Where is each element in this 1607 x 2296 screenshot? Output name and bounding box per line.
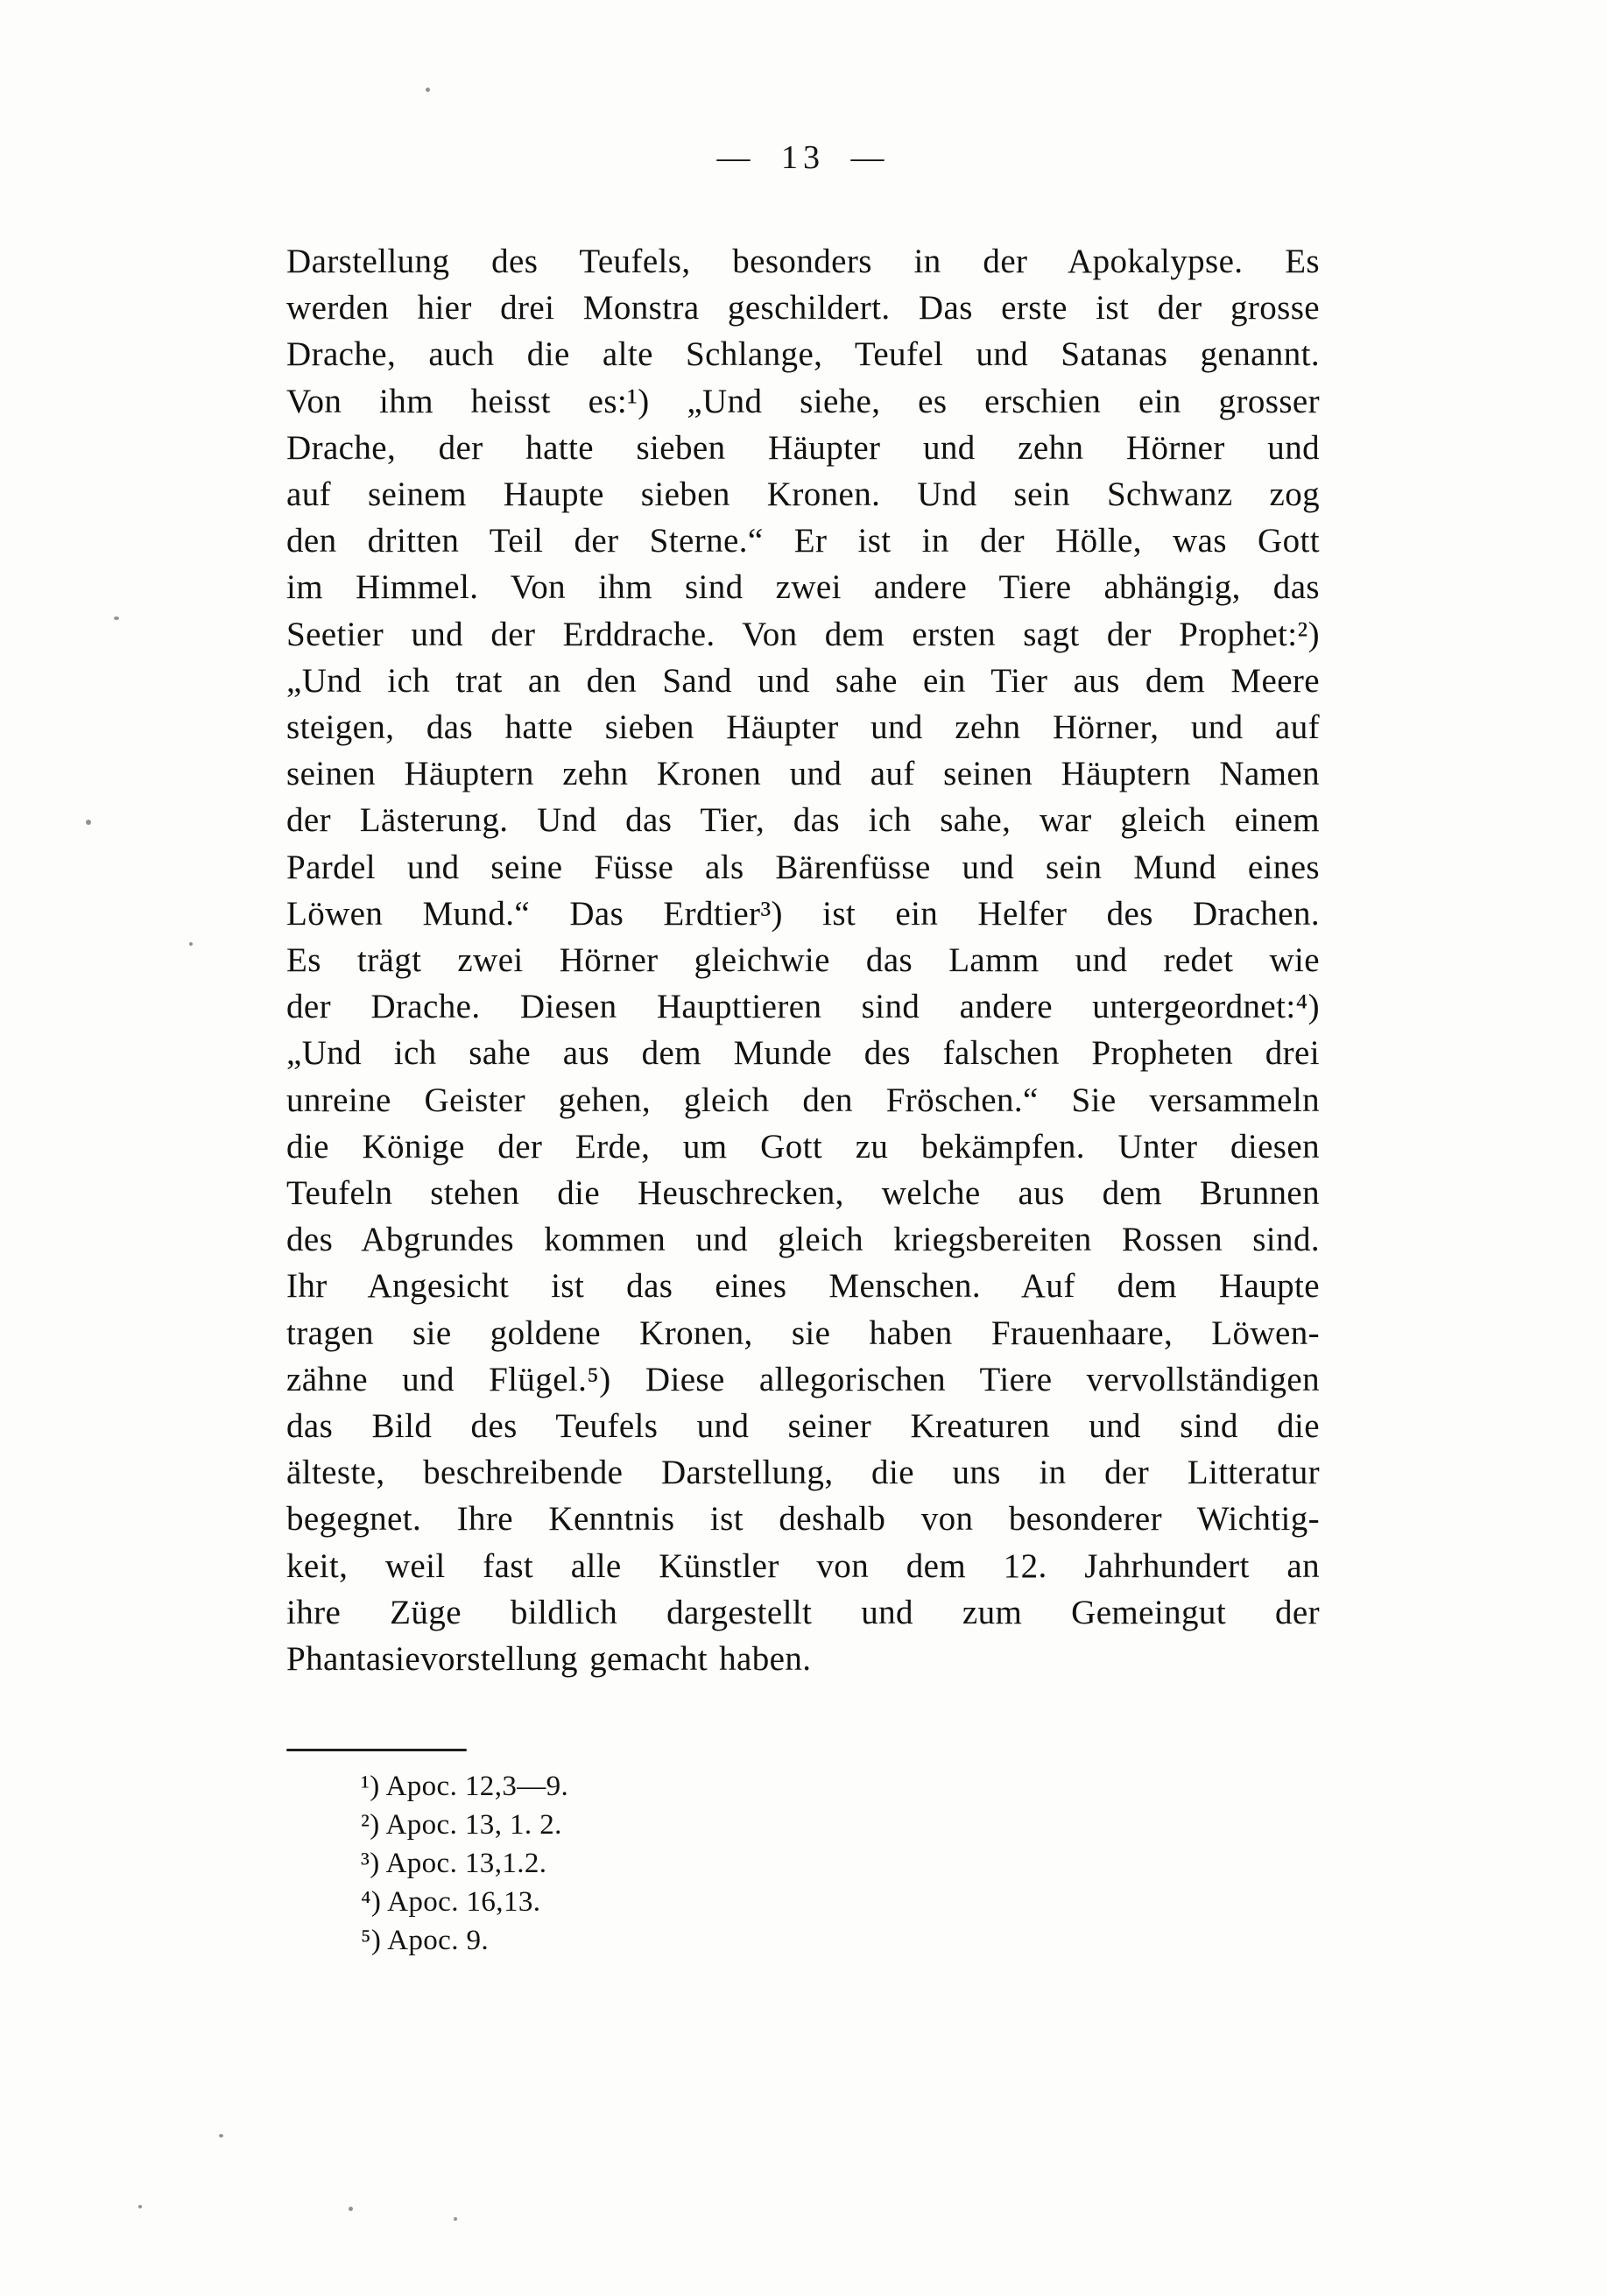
body-line: Drache, der hatte sieben Häupter und zeh… bbox=[286, 425, 1320, 471]
scan-speck bbox=[349, 2207, 353, 2211]
body-line: auf seinem Haupte sieben Kronen. Und sei… bbox=[286, 471, 1320, 518]
scan-speck bbox=[189, 942, 193, 946]
body-line: der Drache. Diesen Haupttieren sind ande… bbox=[286, 983, 1320, 1030]
body-line: Es trägt zwei Hörner gleichwie das Lamm … bbox=[286, 937, 1320, 983]
scan-speck bbox=[426, 88, 430, 92]
scan-speck bbox=[114, 616, 119, 620]
body-line: der Lästerung. Und das Tier, das ich sah… bbox=[286, 797, 1320, 843]
body-line: Pardel und seine Füsse als Bärenfüsse un… bbox=[286, 844, 1320, 891]
body-text: Darstellung des Teufels, besonders in de… bbox=[286, 238, 1320, 1682]
body-line: den dritten Teil der Sterne.“ Er ist in … bbox=[286, 518, 1320, 564]
body-line: tragen sie goldene Kronen, sie haben Fra… bbox=[286, 1310, 1320, 1356]
footnote: ³) Apoc. 13,1.2. bbox=[361, 1844, 1149, 1883]
footnote-separator-rule bbox=[286, 1749, 467, 1751]
body-line: werden hier drei Monstra geschildert. Da… bbox=[286, 285, 1320, 331]
scan-speck bbox=[219, 2134, 223, 2138]
body-line: begegnet. Ihre Kenntnis ist deshalb von … bbox=[286, 1496, 1320, 1542]
body-line: die Könige der Erde, um Gott zu bekämpfe… bbox=[286, 1123, 1320, 1170]
footnote: ⁵) Apoc. 9. bbox=[361, 1921, 1149, 1960]
body-line: Von ihm heisst es:¹) „Und siehe, es ersc… bbox=[286, 378, 1320, 425]
body-line: Löwen Mund.“ Das Erdtier³) ist ein Helfe… bbox=[286, 891, 1320, 937]
body-line: älteste, beschreibende Darstellung, die … bbox=[286, 1449, 1320, 1496]
body-line: Ihr Angesicht ist das eines Menschen. Au… bbox=[286, 1263, 1320, 1309]
scan-speck bbox=[454, 2217, 457, 2221]
footnote: ¹) Apoc. 12,3—9. bbox=[361, 1767, 1149, 1806]
body-line: Teufeln stehen die Heuschrecken, welche … bbox=[286, 1170, 1320, 1216]
body-line: unreine Geister gehen, gleich den Frösch… bbox=[286, 1077, 1320, 1123]
body-line: das Bild des Teufels und seiner Kreature… bbox=[286, 1403, 1320, 1449]
scan-speck bbox=[138, 2205, 142, 2208]
footnote: ²) Apoc. 13, 1. 2. bbox=[361, 1806, 1149, 1844]
footnote: ⁴) Apoc. 16,13. bbox=[361, 1883, 1149, 1921]
footnotes-block: ¹) Apoc. 12,3—9. ²) Apoc. 13, 1. 2. ³) A… bbox=[361, 1767, 1149, 1960]
body-line: steigen, das hatte sieben Häupter und ze… bbox=[286, 704, 1320, 750]
body-line: keit, weil fast alle Künstler von dem 12… bbox=[286, 1543, 1320, 1589]
body-line: Seetier und der Erddrache. Von dem erste… bbox=[286, 611, 1320, 658]
body-line: Phantasievorstellung gemacht haben. bbox=[286, 1636, 1320, 1682]
body-line: „Und ich trat an den Sand und sahe ein T… bbox=[286, 658, 1320, 704]
page-number: — 13 — bbox=[286, 138, 1320, 177]
body-line: im Himmel. Von ihm sind zwei andere Tier… bbox=[286, 564, 1320, 610]
body-line: zähne und Flügel.⁵) Diese allegorischen … bbox=[286, 1356, 1320, 1403]
body-line: Darstellung des Teufels, besonders in de… bbox=[286, 238, 1320, 285]
body-line: des Abgrundes kommen und gleich kriegsbe… bbox=[286, 1216, 1320, 1263]
scan-speck bbox=[86, 820, 91, 825]
body-line: „Und ich sahe aus dem Munde des falschen… bbox=[286, 1030, 1320, 1076]
body-line: Drache, auch die alte Schlange, Teufel u… bbox=[286, 331, 1320, 377]
body-line: ihre Züge bildlich dargestellt und zum G… bbox=[286, 1589, 1320, 1636]
body-line: seinen Häuptern zehn Kronen und auf sein… bbox=[286, 750, 1320, 797]
scanned-book-page: — 13 — Darstellung des Teufels, besonder… bbox=[0, 0, 1607, 2296]
